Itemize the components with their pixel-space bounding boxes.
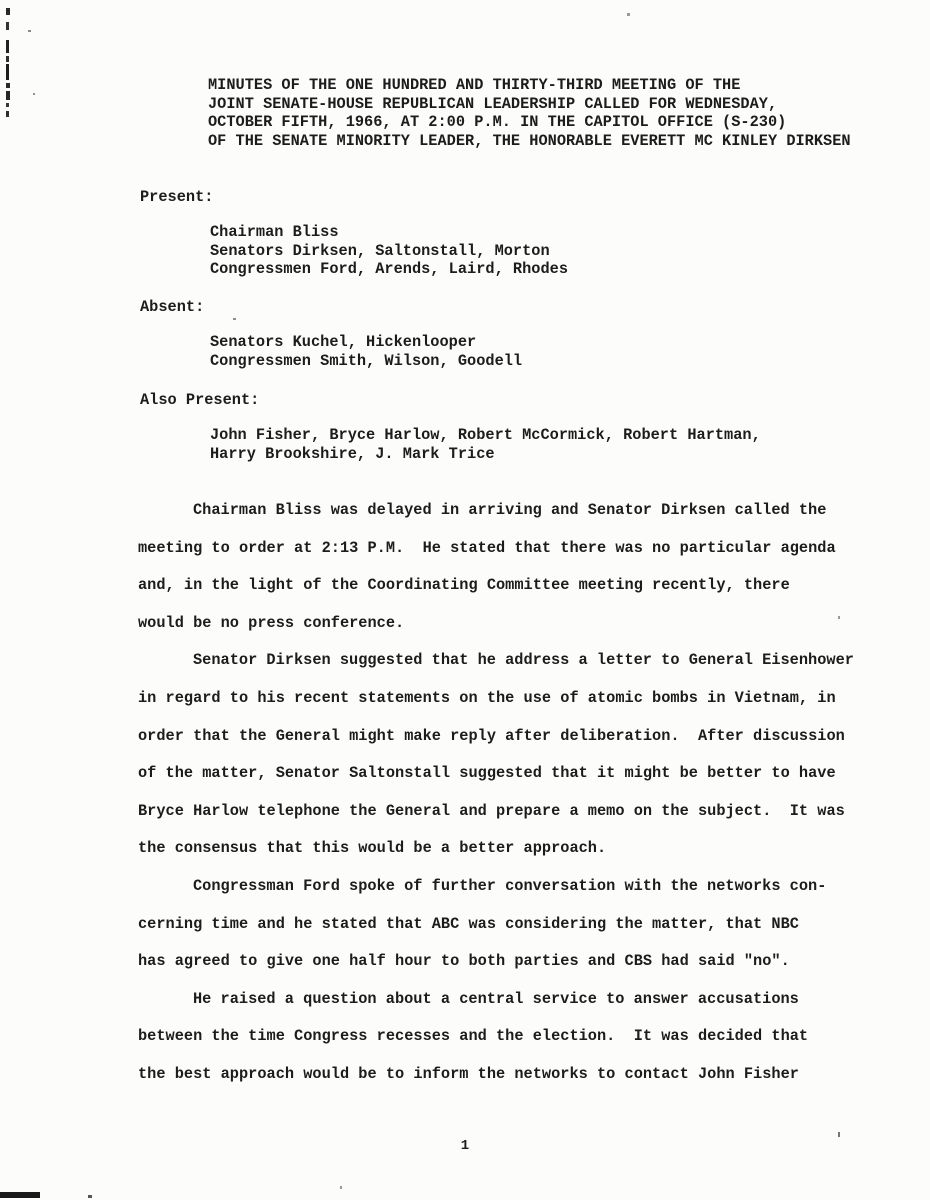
present-list: Chairman BlissSenators Dirksen, Saltonst…	[210, 223, 568, 279]
scan-artifact-mark	[6, 83, 10, 88]
scan-artifact-mark	[340, 1186, 342, 1189]
scan-artifact-mark	[88, 1195, 92, 1198]
text-line: Senators Kuchel, Hickenlooper	[210, 333, 522, 352]
paragraph: Senator Dirksen suggested that he addres…	[138, 642, 878, 868]
scan-artifact-mark	[233, 318, 236, 320]
scan-artifact-mark	[0, 1192, 40, 1198]
text-line: JOINT SENATE-HOUSE REPUBLICAN LEADERSHIP…	[208, 95, 851, 114]
text-line: OCTOBER FIFTH, 1966, AT 2:00 P.M. IN THE…	[208, 113, 851, 132]
scan-artifact-mark	[6, 8, 10, 15]
page-number: 1	[0, 1138, 930, 1154]
paragraph: Congressman Ford spoke of further conver…	[138, 868, 878, 981]
text-line: and, in the light of the Coordinating Co…	[138, 567, 878, 605]
text-line: the consensus that this would be a bette…	[138, 830, 878, 868]
text-line: of the matter, Senator Saltonstall sugge…	[138, 755, 878, 793]
text-line: would be no press conference.	[138, 605, 878, 643]
text-line: Chairman Bliss	[210, 223, 568, 242]
text-line: Chairman Bliss was delayed in arriving a…	[138, 492, 878, 530]
paragraph: Chairman Bliss was delayed in arriving a…	[138, 492, 878, 642]
scanned-document-page: MINUTES OF THE ONE HUNDRED AND THIRTY-TH…	[0, 0, 930, 1200]
text-line: MINUTES OF THE ONE HUNDRED AND THIRTY-TH…	[208, 76, 851, 95]
text-line: John Fisher, Bryce Harlow, Robert McCorm…	[210, 426, 761, 445]
scan-artifact-mark	[6, 22, 9, 30]
text-line: order that the General might make reply …	[138, 718, 878, 756]
scan-artifact-mark	[6, 91, 10, 100]
text-line: Congressman Ford spoke of further conver…	[138, 868, 878, 906]
text-line: Senators Dirksen, Saltonstall, Morton	[210, 242, 568, 261]
text-line: He raised a question about a central ser…	[138, 981, 878, 1019]
present-label: Present:	[140, 188, 213, 207]
scan-artifact-mark	[627, 13, 630, 16]
also-present-label: Also Present:	[140, 391, 259, 410]
text-line: Bryce Harlow telephone the General and p…	[138, 793, 878, 831]
text-line: the best approach would be to inform the…	[138, 1056, 878, 1094]
text-line: Senator Dirksen suggested that he addres…	[138, 642, 878, 680]
document-title: MINUTES OF THE ONE HUNDRED AND THIRTY-TH…	[208, 76, 851, 151]
scan-artifact-mark	[838, 1132, 840, 1137]
text-line: between the time Congress recesses and t…	[138, 1018, 878, 1056]
paragraph: He raised a question about a central ser…	[138, 981, 878, 1094]
scan-artifact-mark	[6, 40, 9, 53]
text-line: OF THE SENATE MINORITY LEADER, THE HONOR…	[208, 132, 851, 151]
scan-artifact-mark	[33, 93, 35, 95]
scan-artifact-mark	[28, 30, 31, 32]
text-line: in regard to his recent statements on th…	[138, 680, 878, 718]
absent-label: Absent:	[140, 298, 204, 317]
absent-list: Senators Kuchel, HickenlooperCongressmen…	[210, 333, 522, 370]
minutes-body: Chairman Bliss was delayed in arriving a…	[138, 492, 878, 1094]
scan-artifact-mark	[6, 64, 9, 80]
text-line: Congressmen Smith, Wilson, Goodell	[210, 352, 522, 371]
text-line: meeting to order at 2:13 P.M. He stated …	[138, 530, 878, 568]
scan-artifact-mark	[6, 103, 9, 107]
text-line: Harry Brookshire, J. Mark Trice	[210, 445, 761, 464]
text-line: cerning time and he stated that ABC was …	[138, 906, 878, 944]
also-present-list: John Fisher, Bryce Harlow, Robert McCorm…	[210, 426, 761, 463]
scan-artifact-mark	[6, 111, 9, 117]
text-line: Congressmen Ford, Arends, Laird, Rhodes	[210, 260, 568, 279]
scan-artifact-mark	[6, 56, 9, 62]
text-line: has agreed to give one half hour to both…	[138, 943, 878, 981]
